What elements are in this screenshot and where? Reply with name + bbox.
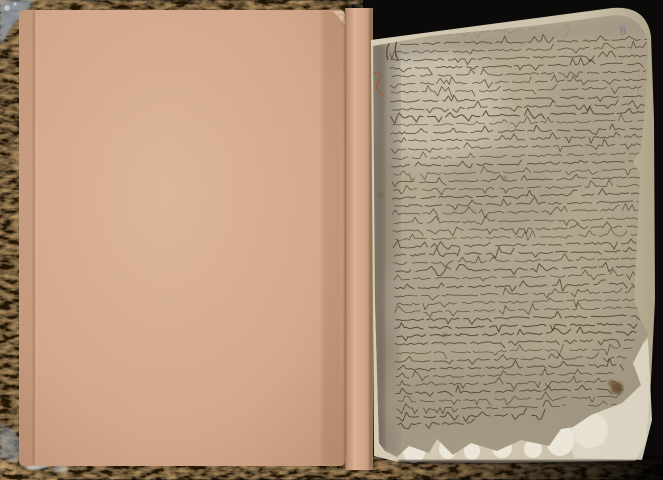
book-scan: 8: [0, 0, 663, 480]
gutter-seam: [344, 8, 346, 470]
manuscript-page: [360, 10, 653, 470]
gutter-shadow: [322, 10, 345, 466]
worn-patch: [52, 465, 68, 473]
worn-fleck: [4, 5, 9, 10]
parchment-grain: [373, 10, 653, 470]
left-blank-page: [19, 10, 349, 466]
ink-stain: [608, 380, 614, 386]
page-crease-highlight: [35, 12, 36, 464]
paper-grain: [19, 10, 345, 466]
page-gutter: [344, 8, 373, 470]
manuscript-scan: 8: [0, 0, 663, 480]
page-crease: [33, 12, 35, 464]
worn-fleck: [13, 2, 16, 5]
page-block-shadow: [398, 460, 648, 464]
parchment-stains: [360, 10, 653, 470]
